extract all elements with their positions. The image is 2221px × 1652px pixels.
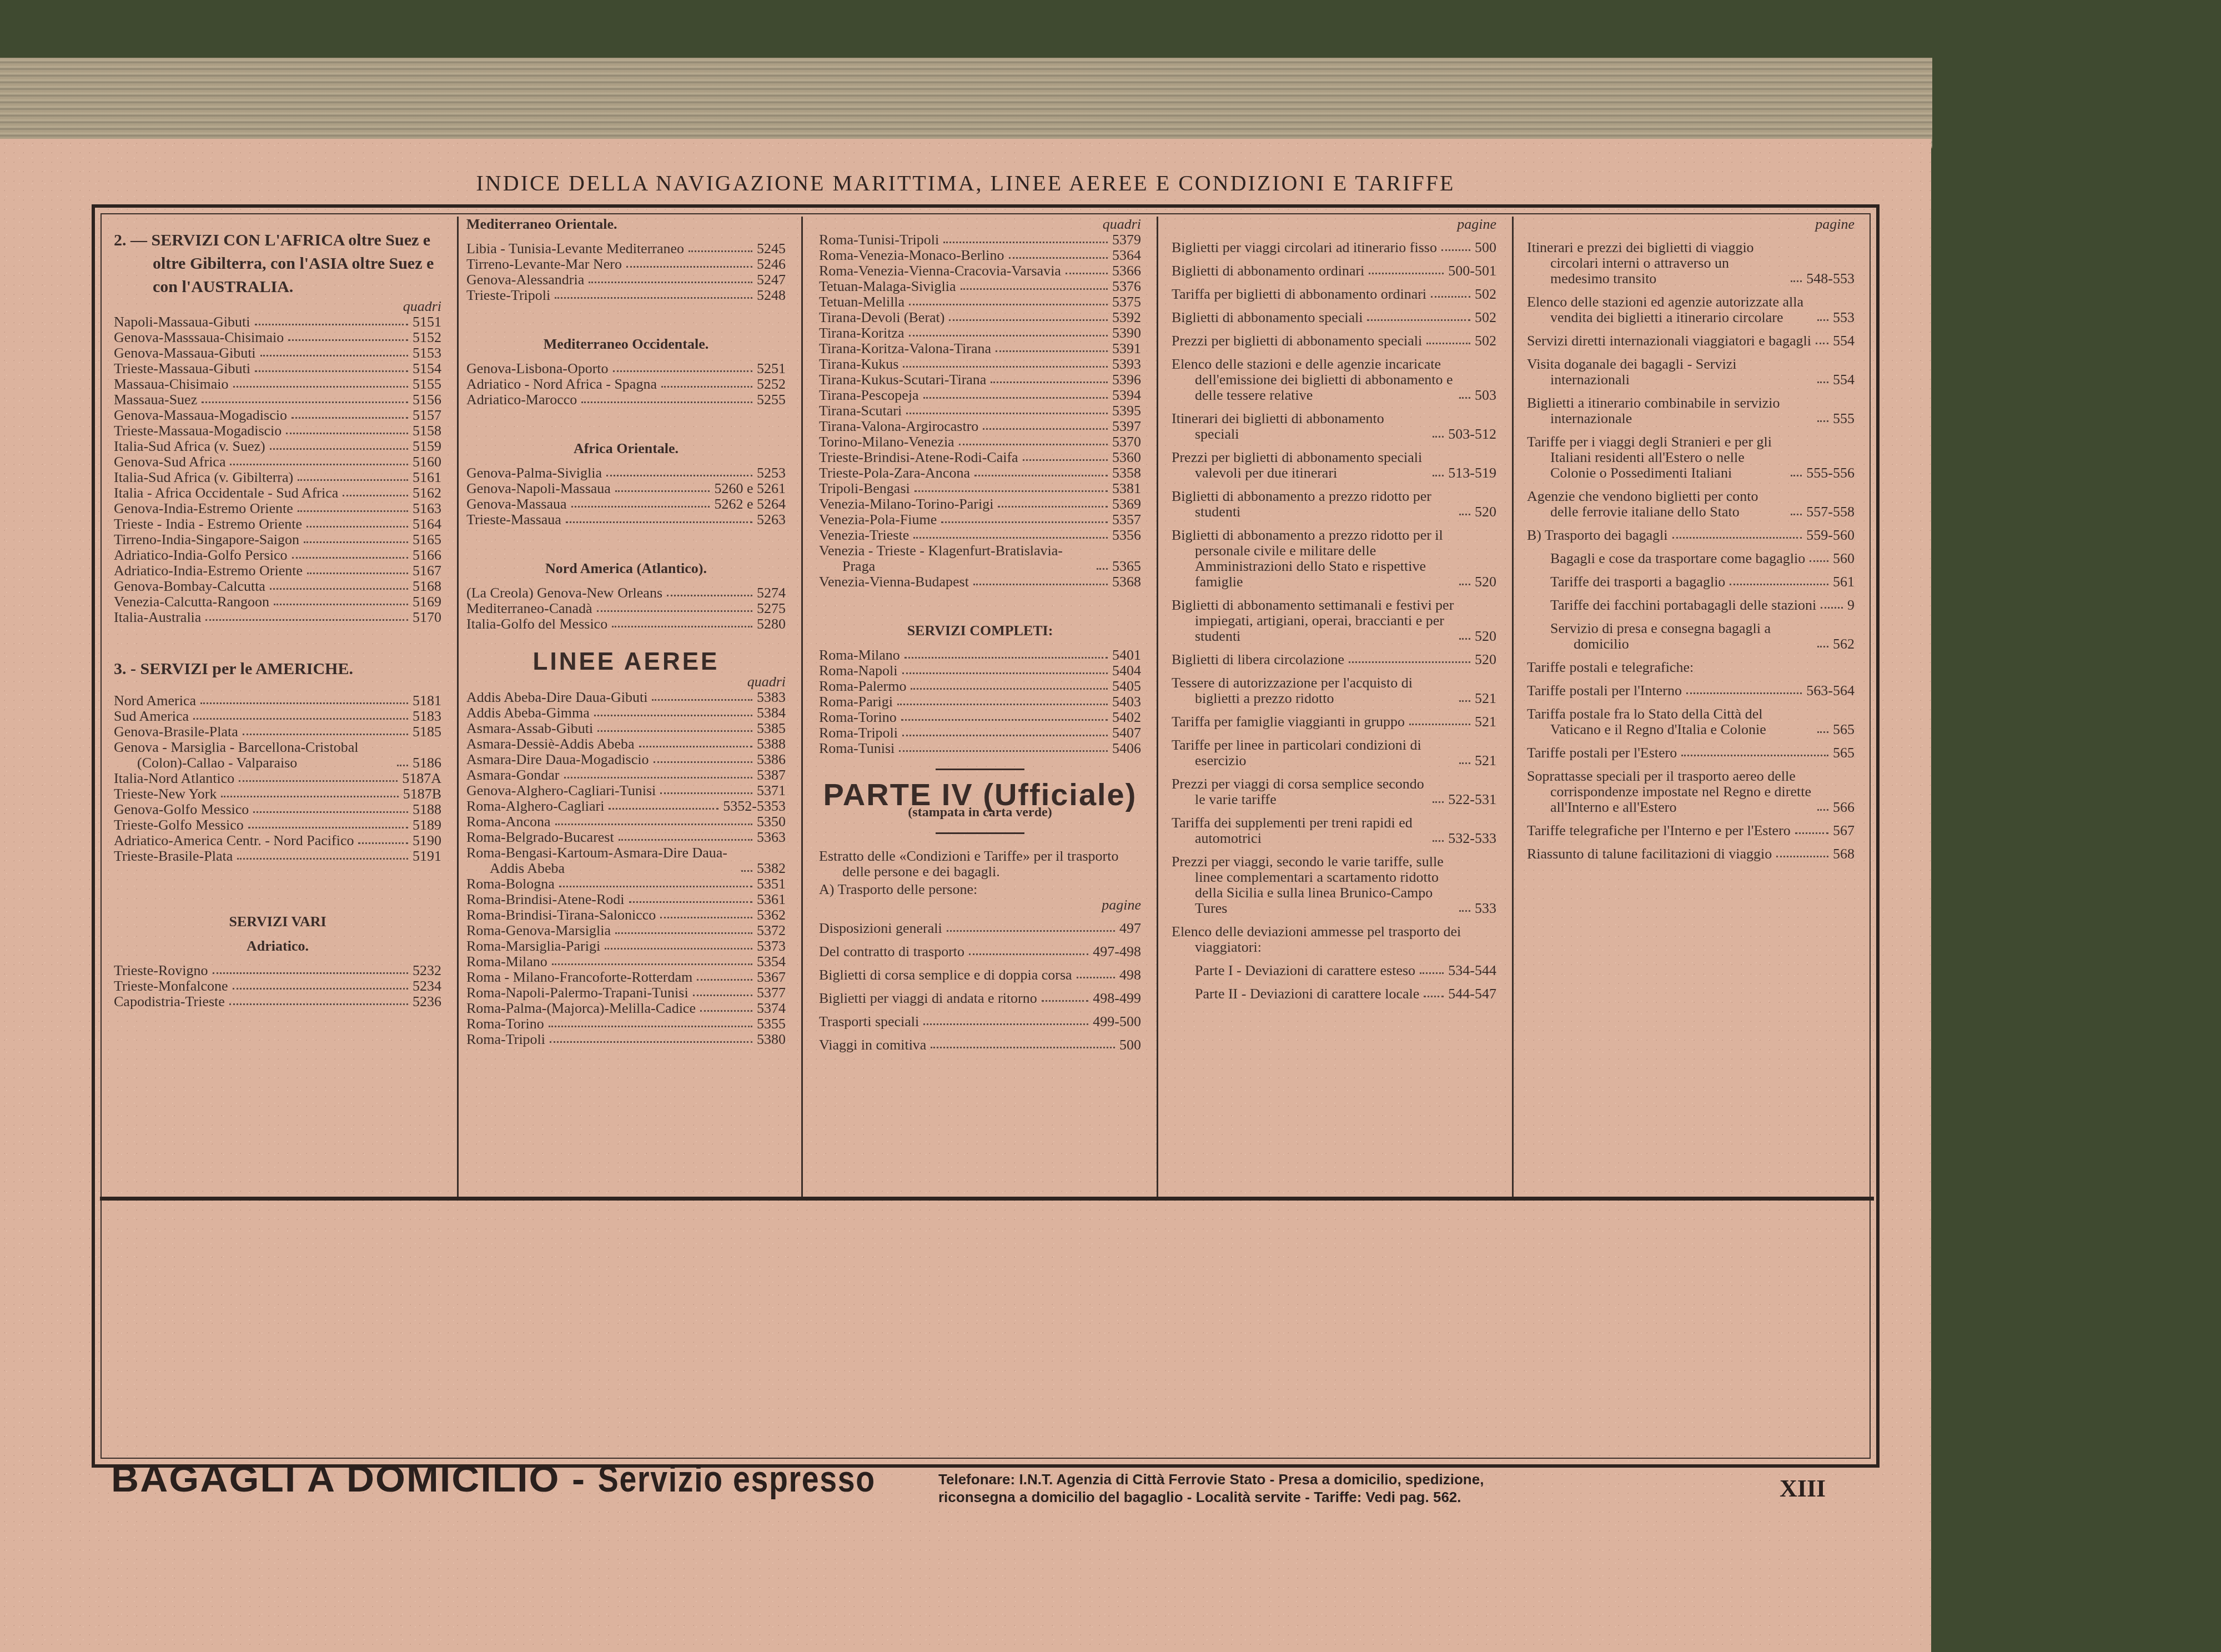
entry-reference: 554: [1833, 333, 1855, 349]
leader-dots: [1821, 607, 1843, 609]
entry-reference: 5365: [1112, 559, 1141, 574]
index-entry: Trieste-Tripoli5248: [466, 288, 786, 303]
entry-name: Genova-Alessandria: [466, 272, 584, 288]
entry-reference: 5260 e 5261: [714, 481, 786, 496]
leader-dots: [594, 715, 752, 716]
pagine-label: pagine: [1172, 217, 1496, 232]
index-entry: Tirana-Koritza5390: [819, 325, 1141, 341]
entry-reference: 9: [1847, 597, 1855, 613]
leader-dots: [286, 433, 408, 434]
entry-name: Genova-Alghero-Cagliari-Tunisi: [466, 783, 656, 799]
index-entry: Venezia-Pola-Fiume5357: [819, 512, 1141, 528]
entry-reference: 5358: [1112, 465, 1141, 481]
index-entry: Venezia-Calcutta-Rangoon5169: [114, 594, 441, 610]
entry-reference: 5391: [1112, 341, 1141, 356]
entry-name: Servizio di presa e consegna bagagli a d…: [1550, 621, 1813, 652]
leader-dots: [613, 370, 752, 372]
deviazioni-list: Parte I - Deviazioni di carattere esteso…: [1172, 963, 1496, 1002]
index-entry: Tirreno-India-Singapore-Saigon5165: [114, 532, 441, 548]
section-3-title: 3. - SERVIZI per le AMERICHE.: [114, 657, 441, 681]
leader-dots: [909, 335, 1108, 337]
index-entry: Roma-Venezia-Monaco-Berlino5364: [819, 248, 1141, 263]
entry-name: Elenco delle stazioni e delle agenzie in…: [1172, 356, 1455, 403]
africa-orientale-title: Africa Orientale.: [466, 441, 786, 456]
index-entry: Biglietti di abbonamento ordinari500-501: [1172, 263, 1496, 279]
index-entry: Del contratto di trasporto497-498: [819, 944, 1141, 960]
index-entry: Biglietti di abbonamento a prezzo ridott…: [1172, 489, 1496, 520]
index-entry: Italia-Nord Atlantico5187A: [114, 771, 441, 786]
index-entry: Roma-Alghero-Cagliari5352-5353: [466, 799, 786, 814]
leader-dots: [597, 730, 752, 732]
entry-name: Italia-Australia: [114, 610, 201, 625]
entry-name: Genova-Massaua: [466, 496, 567, 512]
leader-dots: [1369, 273, 1444, 274]
entry-name: Biglietti di abbonamento a prezzo ridott…: [1172, 528, 1455, 590]
entry-name: Trieste-Massaua-Mogadiscio: [114, 423, 282, 439]
index-entry: Addis Abeba-Gimma5384: [466, 705, 786, 721]
leader-dots: [931, 1047, 1115, 1048]
entry-name: Roma-Bologna: [466, 876, 555, 892]
entry-reference: 5252: [757, 376, 786, 392]
entry-reference: 5246: [757, 257, 786, 272]
entry-name: Roma-Tunisi-Tripoli: [819, 232, 939, 248]
index-entry: Tripoli-Bengasi5381: [819, 481, 1141, 496]
footer-banner: BAGAGLI A DOMICILIO - Servizio espresso: [111, 1458, 945, 1500]
leader-dots: [298, 479, 408, 481]
index-entry: Roma-Milano5401: [819, 647, 1141, 663]
index-entry: Italia - Africa Occidentale - Sud Africa…: [114, 485, 441, 501]
index-entry: Capodistria-Trieste5236: [114, 994, 441, 1010]
entry-name: Trieste-New York: [114, 786, 217, 802]
entry-reference: 5382: [757, 861, 786, 876]
entry-reference: 5386: [757, 752, 786, 767]
entry-reference: 5384: [757, 705, 786, 721]
index-entry: Tariffe postali per l'Estero565: [1527, 745, 1855, 761]
entry-reference: 520: [1475, 504, 1496, 520]
leader-dots: [1009, 257, 1108, 259]
entry-name: Biglietti a itinerario combinabile in se…: [1527, 395, 1813, 426]
entry-reference: 5160: [413, 454, 441, 470]
index-entry: Genova-Massaua-Gibuti5153: [114, 345, 441, 361]
entry-reference: 5381: [1112, 481, 1141, 496]
entry-reference: 5186: [413, 755, 441, 771]
entry-name: Trieste-Rovigno: [114, 963, 208, 978]
columns-bottom-rule: [100, 1197, 1874, 1201]
index-entry: Tirana-Scutari5395: [819, 403, 1141, 419]
index-entry: Roma-Bengasi-Kartoum-Asmara-Dire Daua-Ad…: [466, 845, 786, 876]
entry-reference: 521: [1475, 691, 1496, 706]
leader-dots: [200, 702, 408, 704]
index-entry: Tirreno-Levante-Mar Nero5246: [466, 257, 786, 272]
entry-name: Genova-Napoli-Massaua: [466, 481, 611, 496]
leader-dots: [1420, 972, 1444, 974]
entry-reference: 5393: [1112, 356, 1141, 372]
index-entry: Tirana-Koritza-Valona-Tirana5391: [819, 341, 1141, 356]
index-entry: Tariffa postale fra lo Stato della Città…: [1527, 706, 1855, 737]
entry-name: Trieste-Tripoli: [466, 288, 550, 303]
entry-reference: 5255: [757, 392, 786, 408]
leader-dots: [597, 610, 752, 612]
entry-name: Parte I - Deviazioni di carattere esteso: [1195, 963, 1415, 978]
entry-name: Trieste-Brindisi-Atene-Rodi-Caifa: [819, 450, 1018, 465]
entry-reference: 498: [1119, 967, 1141, 983]
leader-dots: [1097, 568, 1108, 570]
entry-name: Roma-Marsiglia-Parigi: [466, 938, 600, 954]
entry-name: Roma-Palma-(Majorca)-Melilla-Cadice: [466, 1001, 696, 1016]
index-entry: Trieste - India - Estremo Oriente5164: [114, 516, 441, 532]
entry-name: Italia-Golfo del Messico: [466, 616, 607, 632]
index-entry: Agenzie che vendono biglietti per conto …: [1527, 489, 1855, 520]
entry-name: Trieste-Brasile-Plata: [114, 848, 233, 864]
leader-dots: [914, 490, 1108, 492]
index-entry: Genova-Alessandria5247: [466, 272, 786, 288]
entry-name: Biglietti di abbonamento a prezzo ridott…: [1172, 489, 1455, 520]
entry-name: Asmara-Assab-Gibuti: [466, 721, 593, 736]
entry-name: Asmara-Dire Daua-Mogadiscio: [466, 752, 649, 767]
leader-dots: [239, 780, 398, 782]
leader-dots: [549, 1026, 752, 1027]
leader-dots: [555, 824, 752, 825]
index-entry: Roma-Tripoli5380: [466, 1032, 786, 1047]
servizi-completi-list: Roma-Milano5401Roma-Napoli5404Roma-Paler…: [819, 647, 1141, 756]
leader-dots: [619, 839, 752, 841]
leader-dots: [1349, 661, 1470, 663]
leader-dots: [667, 595, 752, 596]
leader-dots: [609, 808, 718, 810]
entry-name: Itinerari e prezzi dei biglietti di viag…: [1527, 240, 1786, 287]
leader-dots: [1433, 840, 1444, 842]
leader-dots: [661, 386, 752, 388]
leader-dots: [288, 339, 408, 341]
leader-dots: [358, 842, 408, 844]
leader-dots: [193, 718, 408, 720]
entry-reference: 5157: [413, 408, 441, 423]
index-entry: Libia - Tunisia-Levante Mediterraneo5245: [466, 241, 786, 257]
entry-name: Addis Abeba-Dire Daua-Gibuti: [466, 690, 647, 705]
leader-dots: [1066, 273, 1108, 274]
entry-name: Roma-Ancona: [466, 814, 551, 830]
leader-dots: [270, 448, 408, 450]
quadri-label: quadri: [114, 299, 441, 314]
entry-name: Adriatico-India-Golfo Persico: [114, 548, 288, 563]
leader-dots: [205, 619, 408, 621]
leader-dots: [1817, 809, 1828, 811]
index-entry: Biglietti per viaggi di andata e ritorno…: [819, 991, 1141, 1006]
entry-reference: 5371: [757, 783, 786, 799]
entry-name: Tripoli-Bengasi: [819, 481, 910, 496]
entry-name: Tirana-Kukus-Scutari-Tirana: [819, 372, 986, 388]
index-entry: Trieste-New York5187B: [114, 786, 441, 802]
entry-name: Genova-Palma-Siviglia: [466, 465, 602, 481]
leader-dots: [229, 1003, 408, 1005]
leader-dots: [292, 557, 408, 559]
leader-dots: [566, 521, 752, 523]
quadri-label: quadri: [819, 217, 1141, 232]
entry-name: Tirana-Kukus: [819, 356, 898, 372]
entry-reference: 497-498: [1093, 944, 1141, 960]
entry-reference: 5366: [1112, 263, 1141, 279]
entry-name: Servizi diretti internazionali viaggiato…: [1527, 333, 1811, 349]
index-entry: Tariffa dei supplementi per treni rapidi…: [1172, 815, 1496, 846]
entry-reference: 502: [1475, 310, 1496, 325]
entry-name: Trasporti speciali: [819, 1014, 919, 1030]
linee-aeree-title: LINEE AEREE: [466, 654, 786, 670]
international-list: Itinerari e prezzi dei biglietti di viag…: [1527, 240, 1855, 520]
entry-reference: 5385: [757, 721, 786, 736]
column-mediterranean-air: Mediterraneo Orientale. Libia - Tunisia-…: [466, 217, 786, 1194]
index-entry: Elenco delle stazioni e delle agenzie in…: [1172, 356, 1496, 403]
leader-dots: [974, 475, 1108, 476]
entry-reference: 5159: [413, 439, 441, 454]
entry-name: Itinerari dei biglietti di abbonamento s…: [1172, 411, 1428, 442]
index-entry: Parte II - Deviazioni di carattere local…: [1172, 986, 1496, 1002]
entry-name: Adriatico - Nord Africa - Spagna: [466, 376, 657, 392]
index-entry: Nord America5181: [114, 693, 441, 709]
index-entry: Sud America5183: [114, 709, 441, 724]
index-entry: Parte I - Deviazioni di carattere esteso…: [1172, 963, 1496, 978]
entry-name: Genova-Brasile-Plata: [114, 724, 238, 740]
index-entry: Asmara-Assab-Gibuti5385: [466, 721, 786, 736]
entry-name: Tariffe postali per l'Interno: [1527, 683, 1682, 699]
entry-reference: 5406: [1112, 741, 1141, 756]
entry-name: Italia-Sud Africa (v. Gibilterra): [114, 470, 293, 485]
index-entry: Genova-India-Estremo Oriente5163: [114, 501, 441, 516]
entry-reference: 533: [1475, 901, 1496, 916]
index-entry: Prezzi per biglietti di abbonamento spec…: [1172, 450, 1496, 481]
leader-dots: [552, 963, 752, 965]
index-entry: Bagagli e cose da trasportare come bagag…: [1527, 551, 1855, 566]
entry-reference: 5163: [413, 501, 441, 516]
index-entry: Prezzi per viaggi di corsa semplice seco…: [1172, 776, 1496, 807]
index-entry: Genova-Massaua-Mogadiscio5157: [114, 408, 441, 423]
entry-name: Venezia-Pola-Fiume: [819, 512, 937, 528]
leader-dots: [1817, 381, 1828, 383]
index-entry: Adriatico - Nord Africa - Spagna5252: [466, 376, 786, 392]
leader-dots: [237, 858, 408, 860]
entry-reference: 5377: [757, 985, 786, 1001]
leader-dots: [270, 588, 408, 590]
index-entry: Tariffe dei trasporti a bagaglio561: [1527, 574, 1855, 590]
index-entry: Roma-Tunisi5406: [819, 741, 1141, 756]
entry-name: Tariffe dei trasporti a bagaglio: [1550, 574, 1725, 590]
entry-reference: 5397: [1112, 419, 1141, 434]
entry-reference: 5352-5353: [723, 799, 786, 814]
index-entry: Roma-Napoli5404: [819, 663, 1141, 679]
leader-dots: [923, 397, 1108, 399]
entry-reference: 5373: [757, 938, 786, 954]
entry-reference: 5367: [757, 970, 786, 985]
entry-reference: 5360: [1112, 450, 1141, 465]
index-entry: Elenco delle stazioni ed agenzie autoriz…: [1527, 294, 1855, 325]
index-entry: Genova-Massaua5262 e 5264: [466, 496, 786, 512]
leader-dots: [1433, 801, 1444, 803]
column-air-parte-iv: quadri Roma-Tunisi-Tripoli5379Roma-Venez…: [819, 217, 1141, 1194]
leader-dots: [905, 657, 1108, 659]
entry-reference: 5361: [757, 892, 786, 907]
adriatico-title: Adriatico.: [114, 938, 441, 954]
entry-name: Tirana-Scutari: [819, 403, 902, 419]
entry-name: Tirreno-India-Singapore-Saigon: [114, 532, 299, 548]
africa-orientale-list: Genova-Palma-Siviglia5253Genova-Napoli-M…: [466, 465, 786, 528]
index-entry: Italia-Australia5170: [114, 610, 441, 625]
entry-reference: 500: [1475, 240, 1496, 255]
entry-name: Genova-Golfo Messico: [114, 802, 249, 817]
entry-name: Disposizioni generali: [819, 921, 942, 936]
leader-dots: [612, 626, 752, 627]
leader-dots: [903, 366, 1108, 368]
entry-name: Biglietti di abbonamento settimanali e f…: [1172, 597, 1455, 644]
leader-dots: [559, 886, 752, 887]
index-entry: Riassunto di talune facilitazioni di via…: [1527, 846, 1855, 862]
entry-name: Tariffe per i viaggi degli Stranieri e p…: [1527, 434, 1786, 481]
leader-dots: [909, 304, 1108, 305]
leader-dots: [581, 401, 752, 403]
entry-reference: 5394: [1112, 388, 1141, 403]
quadri-label: quadri: [466, 674, 786, 690]
leader-dots: [689, 250, 752, 252]
leader-dots: [1426, 343, 1470, 344]
entry-reference: 555: [1833, 411, 1855, 426]
entry-name: (La Creola) Genova-New Orleans: [466, 585, 662, 601]
divider-rule: [936, 769, 1024, 770]
leader-dots: [230, 464, 408, 465]
entry-reference: 502: [1475, 287, 1496, 302]
entry-reference: 5376: [1112, 279, 1141, 294]
leader-dots: [564, 777, 753, 779]
entry-reference: 5369: [1112, 496, 1141, 512]
entry-reference: 5155: [413, 376, 441, 392]
entry-name: Genova-India-Estremo Oriente: [114, 501, 293, 516]
entry-name: Nord America: [114, 693, 196, 709]
leader-dots: [307, 573, 408, 574]
entry-reference: 503-512: [1448, 426, 1496, 442]
index-entry: Tariffe postali per l'Interno563-564: [1527, 683, 1855, 699]
entry-reference: 500-501: [1448, 263, 1496, 279]
entry-name: Roma-Napoli: [819, 663, 898, 679]
index-entry: Itinerari dei biglietti di abbonamento s…: [1172, 411, 1496, 442]
entry-name: Tirana-Koritza: [819, 325, 905, 341]
index-entry: Asmara-Dire Daua-Mogadiscio5386: [466, 752, 786, 767]
entry-name: Biglietti per viaggi di andata e ritorno: [819, 991, 1037, 1006]
entry-reference: 5190: [413, 833, 441, 848]
entry-name: Viaggi in comitiva: [819, 1037, 926, 1053]
entry-reference: 5404: [1112, 663, 1141, 679]
leader-dots: [996, 350, 1108, 352]
entry-name: Italia-Sud Africa (v. Suez): [114, 439, 265, 454]
index-entry: Italia-Golfo del Messico5280: [466, 616, 786, 632]
leader-dots: [615, 932, 752, 934]
entry-reference: 5170: [413, 610, 441, 625]
index-entry: Genova-Napoli-Massaua5260 e 5261: [466, 481, 786, 496]
column-divider: [1157, 217, 1158, 1197]
index-entry: Venezia-Milano-Torino-Parigi5369: [819, 496, 1141, 512]
entry-name: Roma-Palermo: [819, 679, 906, 694]
entry-reference: 513-519: [1448, 465, 1496, 481]
entry-reference: 5375: [1112, 294, 1141, 310]
leader-dots: [697, 979, 752, 981]
entry-reference: 5187B: [403, 786, 441, 802]
entry-name: Tessere di autorizzazione per l'acquisto…: [1172, 675, 1455, 706]
entry-name: Prezzi per biglietti di abbonamento spec…: [1172, 450, 1428, 481]
leader-dots: [1367, 319, 1470, 321]
index-entry: Trasporti speciali499-500: [819, 1014, 1141, 1030]
entry-name: Prezzi per viaggi, secondo le varie tari…: [1172, 854, 1455, 916]
entry-reference: 5396: [1112, 372, 1141, 388]
pagine-label: pagine: [819, 897, 1141, 913]
leader-dots: [911, 688, 1108, 690]
leader-dots: [555, 297, 752, 299]
entry-name: Roma-Venezia-Vienna-Cracovia-Varsavia: [819, 263, 1061, 279]
entry-name: Adriatico-Marocco: [466, 392, 577, 408]
index-entry: Genova-Lisbona-Oporto5251: [466, 361, 786, 376]
entry-reference: 565: [1833, 722, 1855, 737]
index-entry: Venezia-Trieste5356: [819, 528, 1141, 543]
index-entry: Trieste-Rovigno5232: [114, 963, 441, 978]
entry-reference: 5392: [1112, 310, 1141, 325]
entry-name: Roma-Napoli-Palermo-Trapani-Tunisi: [466, 985, 689, 1001]
index-entry: Biglietti di abbonamento settimanali e f…: [1172, 597, 1496, 644]
entry-reference: 567: [1833, 823, 1855, 838]
linee-aeree-list: Addis Abeba-Dire Daua-Gibuti5383Addis Ab…: [466, 690, 786, 1047]
entry-reference: 5401: [1112, 647, 1141, 663]
entry-reference: 5234: [413, 978, 441, 994]
leader-dots: [969, 953, 1088, 955]
leader-dots: [660, 792, 752, 794]
entry-reference: 5357: [1112, 512, 1141, 528]
entry-reference: 5364: [1112, 248, 1141, 263]
index-entry: Trieste-Brindisi-Atene-Rodi-Caifa5360: [819, 450, 1141, 465]
entry-name: Biglietti di libera circolazione: [1172, 652, 1344, 667]
column-divider: [1512, 217, 1514, 1197]
entry-name: Libia - Tunisia-Levante Mediterraneo: [466, 241, 684, 257]
parte-iv-title: PARTE IV (Ufficiale): [819, 787, 1141, 802]
entry-reference: 532-533: [1448, 831, 1496, 846]
entry-name: Roma-Belgrado-Bucarest: [466, 830, 614, 845]
tickets-list: Biglietti per viaggi circolari ad itiner…: [1172, 240, 1496, 916]
leader-dots: [961, 288, 1108, 290]
entry-name: Genova-Masssaua-Chisimaio: [114, 330, 284, 345]
index-entry: Tirana-Kukus5393: [819, 356, 1141, 372]
entry-name: Roma-Milano: [819, 647, 900, 663]
entry-reference: 5165: [413, 532, 441, 548]
entry-name: Asmara-Dessiè-Addis Abeba: [466, 736, 635, 752]
index-entry: Tirana-Devoli (Berat)5392: [819, 310, 1141, 325]
entry-name: Biglietti di abbonamento ordinari: [1172, 263, 1364, 279]
index-entry: Massaua-Suez5156: [114, 392, 441, 408]
leader-dots: [652, 699, 752, 701]
entry-reference: 5153: [413, 345, 441, 361]
leader-dots: [973, 584, 1108, 585]
index-entry: Genova-Palma-Siviglia5253: [466, 465, 786, 481]
index-entry: Visita doganale dei bagagli - Servizi in…: [1527, 356, 1855, 388]
index-entry: Roma - Milano-Francoforte-Rotterdam5367: [466, 970, 786, 985]
entry-reference: 521: [1475, 714, 1496, 730]
index-entry: Addis Abeba-Dire Daua-Gibuti5383: [466, 690, 786, 705]
entry-reference: 5154: [413, 361, 441, 376]
leader-dots: [298, 510, 408, 512]
leader-dots: [589, 282, 752, 283]
entry-name: Riassunto di talune facilitazioni di via…: [1527, 846, 1772, 862]
entry-reference: 5379: [1112, 232, 1141, 248]
entry-name: Tariffa postale fra lo Stato della Città…: [1527, 706, 1813, 737]
entry-name: Tariffe dei facchini portabagagli delle …: [1550, 597, 1816, 613]
page-number: XIII: [1780, 1474, 1826, 1503]
index-entry: (La Creola) Genova-New Orleans5274: [466, 585, 786, 601]
entry-name: Tetuan-Melilla: [819, 294, 905, 310]
entry-name: Massaua-Suez: [114, 392, 197, 408]
entry-name: Biglietti di corsa semplice e di doppia …: [819, 967, 1072, 983]
entry-name: Trieste-Golfo Messico: [114, 817, 244, 833]
